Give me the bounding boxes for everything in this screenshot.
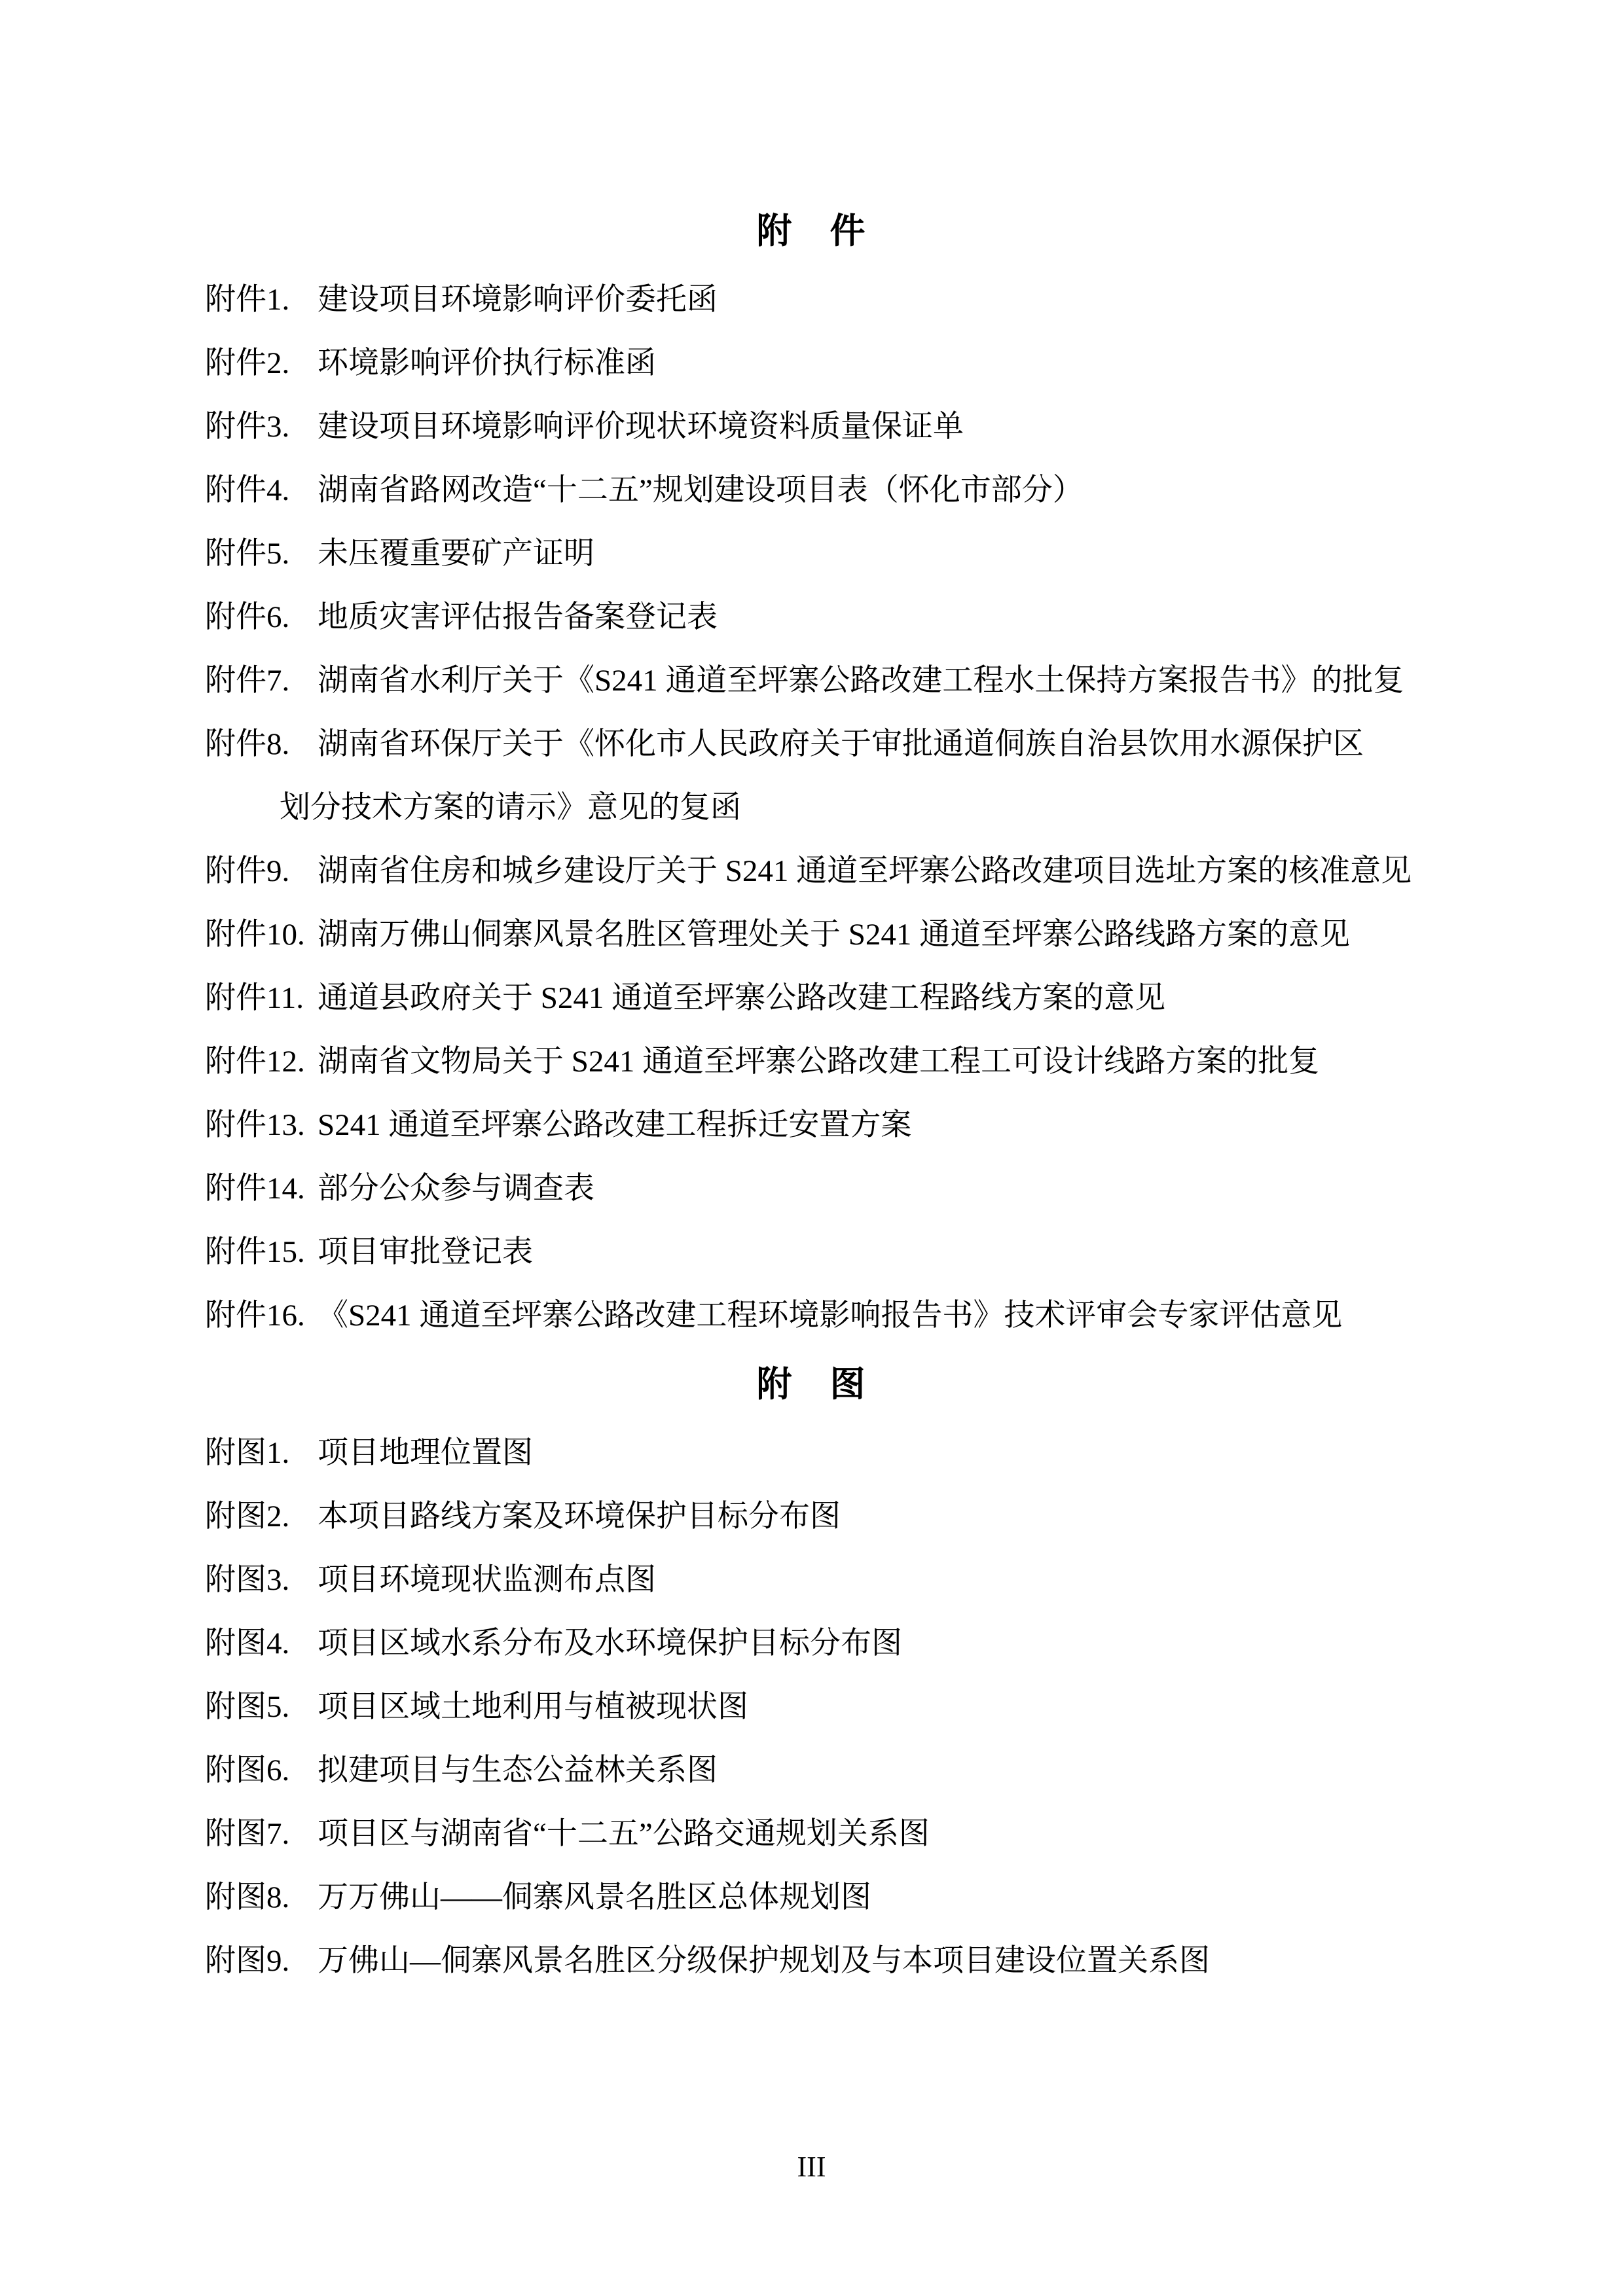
attachment-item: 附件11. 通道县政府关于 S241 通道至坪寨公路改建工程路线方案的意见 (205, 967, 1418, 1030)
item-number: 附件15. (205, 1221, 318, 1284)
attachment-item: 附件4. 湖南省路网改造“十二五”规划建设项目表（怀化市部分） (205, 459, 1418, 522)
figure-item: 附图2. 本项目路线方案及环境保护目标分布图 (205, 1485, 1418, 1549)
item-number: 附件8. (205, 713, 318, 776)
item-text: 地质灾害评估报告备案登记表 (318, 586, 1418, 649)
item-number: 附图9. (205, 1929, 318, 1993)
item-number: 附图5. (205, 1676, 318, 1739)
attachment-item: 附件1. 建设项目环境影响评价委托函 (205, 268, 1418, 332)
attachment-item: 附件9. 湖南省住房和城乡建设厅关于 S241 通道至坪寨公路改建项目选址方案的… (205, 840, 1418, 903)
item-text: 项目区与湖南省“十二五”公路交通规划关系图 (318, 1803, 1418, 1866)
attachment-item-continuation: 划分技术方案的请示》意见的复函 (205, 776, 1418, 840)
item-number: 附图2. (205, 1485, 318, 1549)
item-number: 附件4. (205, 459, 318, 522)
item-number: 附图6. (205, 1739, 318, 1803)
attachment-item: 附件15. 项目审批登记表 (205, 1221, 1418, 1284)
item-text: 湖南省住房和城乡建设厅关于 S241 通道至坪寨公路改建项目选址方案的核准意见 (318, 840, 1418, 903)
attachment-item: 附件2. 环境影响评价执行标准函 (205, 332, 1418, 395)
item-text: 本项目路线方案及环境保护目标分布图 (318, 1485, 1418, 1549)
item-number: 附件7. (205, 649, 318, 713)
attachment-item: 附件5. 未压覆重要矿产证明 (205, 522, 1418, 586)
page-number: III (0, 2135, 1623, 2198)
item-text: 湖南省路网改造“十二五”规划建设项目表（怀化市部分） (318, 459, 1418, 522)
item-text: 万万佛山——侗寨风景名胜区总体规划图 (318, 1866, 1418, 1929)
figure-item: 附图6. 拟建项目与生态公益林关系图 (205, 1739, 1418, 1803)
item-number: 附件5. (205, 522, 318, 586)
item-text: 拟建项目与生态公益林关系图 (318, 1739, 1418, 1803)
item-number: 附件13. (205, 1094, 318, 1157)
item-text: 环境影响评价执行标准函 (318, 332, 1418, 395)
figure-item: 附图3. 项目环境现状监测布点图 (205, 1549, 1418, 1612)
page-content: 附 件 附件1. 建设项目环境影响评价委托函 附件2. 环境影响评价执行标准函 … (205, 200, 1418, 1993)
attachment-item: 附件16. 《S241 通道至坪寨公路改建工程环境影响报告书》技术评审会专家评估… (205, 1284, 1418, 1348)
item-text: S241 通道至坪寨公路改建工程拆迁安置方案 (318, 1094, 1418, 1157)
item-number: 附件12. (205, 1030, 318, 1094)
figure-item: 附图1. 项目地理位置图 (205, 1422, 1418, 1485)
item-number: 附件16. (205, 1284, 318, 1348)
item-text: 湖南省环保厅关于《怀化市人民政府关于审批通道侗族自治县饮用水源保护区 (318, 713, 1418, 776)
item-number: 附图3. (205, 1549, 318, 1612)
item-text: 通道县政府关于 S241 通道至坪寨公路改建工程路线方案的意见 (318, 967, 1418, 1030)
attachment-item: 附件12. 湖南省文物局关于 S241 通道至坪寨公路改建工程工可设计线路方案的… (205, 1030, 1418, 1094)
item-number: 附件1. (205, 268, 318, 332)
item-number: 附图1. (205, 1422, 318, 1485)
figure-item: 附图5. 项目区域土地利用与植被现状图 (205, 1676, 1418, 1739)
attachment-item: 附件8. 湖南省环保厅关于《怀化市人民政府关于审批通道侗族自治县饮用水源保护区 (205, 713, 1418, 776)
item-text: 建设项目环境影响评价现状环境资料质量保证单 (318, 395, 1418, 459)
attachment-item: 附件13. S241 通道至坪寨公路改建工程拆迁安置方案 (205, 1094, 1418, 1157)
item-text: 《S241 通道至坪寨公路改建工程环境影响报告书》技术评审会专家评估意见 (318, 1284, 1418, 1348)
item-text: 项目环境现状监测布点图 (318, 1549, 1418, 1612)
attachments-title: 附 件 (205, 200, 1418, 263)
item-number: 附件14. (205, 1157, 318, 1221)
item-text: 项目区域土地利用与植被现状图 (318, 1676, 1418, 1739)
item-text: 湖南省水利厅关于《S241 通道至坪寨公路改建工程水土保持方案报告书》的批复 (318, 649, 1418, 713)
figure-item: 附图9. 万佛山—侗寨风景名胜区分级保护规划及与本项目建设位置关系图 (205, 1929, 1418, 1993)
attachment-item: 附件3. 建设项目环境影响评价现状环境资料质量保证单 (205, 395, 1418, 459)
item-text: 建设项目环境影响评价委托函 (318, 268, 1418, 332)
item-text: 未压覆重要矿产证明 (318, 522, 1418, 586)
attachment-item: 附件7. 湖南省水利厅关于《S241 通道至坪寨公路改建工程水土保持方案报告书》… (205, 649, 1418, 713)
attachment-item: 附件14. 部分公众参与调查表 (205, 1157, 1418, 1221)
item-number: 附件9. (205, 840, 318, 903)
item-number: 附件3. (205, 395, 318, 459)
item-text: 万佛山—侗寨风景名胜区分级保护规划及与本项目建设位置关系图 (318, 1929, 1418, 1993)
item-number: 附件2. (205, 332, 318, 395)
item-number: 附图4. (205, 1612, 318, 1676)
figure-item: 附图4. 项目区域水系分布及水环境保护目标分布图 (205, 1612, 1418, 1676)
item-text: 项目审批登记表 (318, 1221, 1418, 1284)
item-number: 附件11. (205, 967, 318, 1030)
item-text: 项目地理位置图 (318, 1422, 1418, 1485)
figures-title: 附 图 (205, 1353, 1418, 1416)
item-number: 附件6. (205, 586, 318, 649)
item-number: 附图8. (205, 1866, 318, 1929)
attachment-item: 附件6. 地质灾害评估报告备案登记表 (205, 586, 1418, 649)
item-text: 部分公众参与调查表 (318, 1157, 1418, 1221)
attachment-item: 附件10. 湖南万佛山侗寨风景名胜区管理处关于 S241 通道至坪寨公路线路方案… (205, 903, 1418, 967)
item-text: 湖南省文物局关于 S241 通道至坪寨公路改建工程工可设计线路方案的批复 (318, 1030, 1418, 1094)
figure-item: 附图8. 万万佛山——侗寨风景名胜区总体规划图 (205, 1866, 1418, 1929)
figure-item: 附图7. 项目区与湖南省“十二五”公路交通规划关系图 (205, 1803, 1418, 1866)
item-text: 湖南万佛山侗寨风景名胜区管理处关于 S241 通道至坪寨公路线路方案的意见 (318, 903, 1418, 967)
item-number: 附图7. (205, 1803, 318, 1866)
item-text: 项目区域水系分布及水环境保护目标分布图 (318, 1612, 1418, 1676)
item-number: 附件10. (205, 903, 318, 967)
